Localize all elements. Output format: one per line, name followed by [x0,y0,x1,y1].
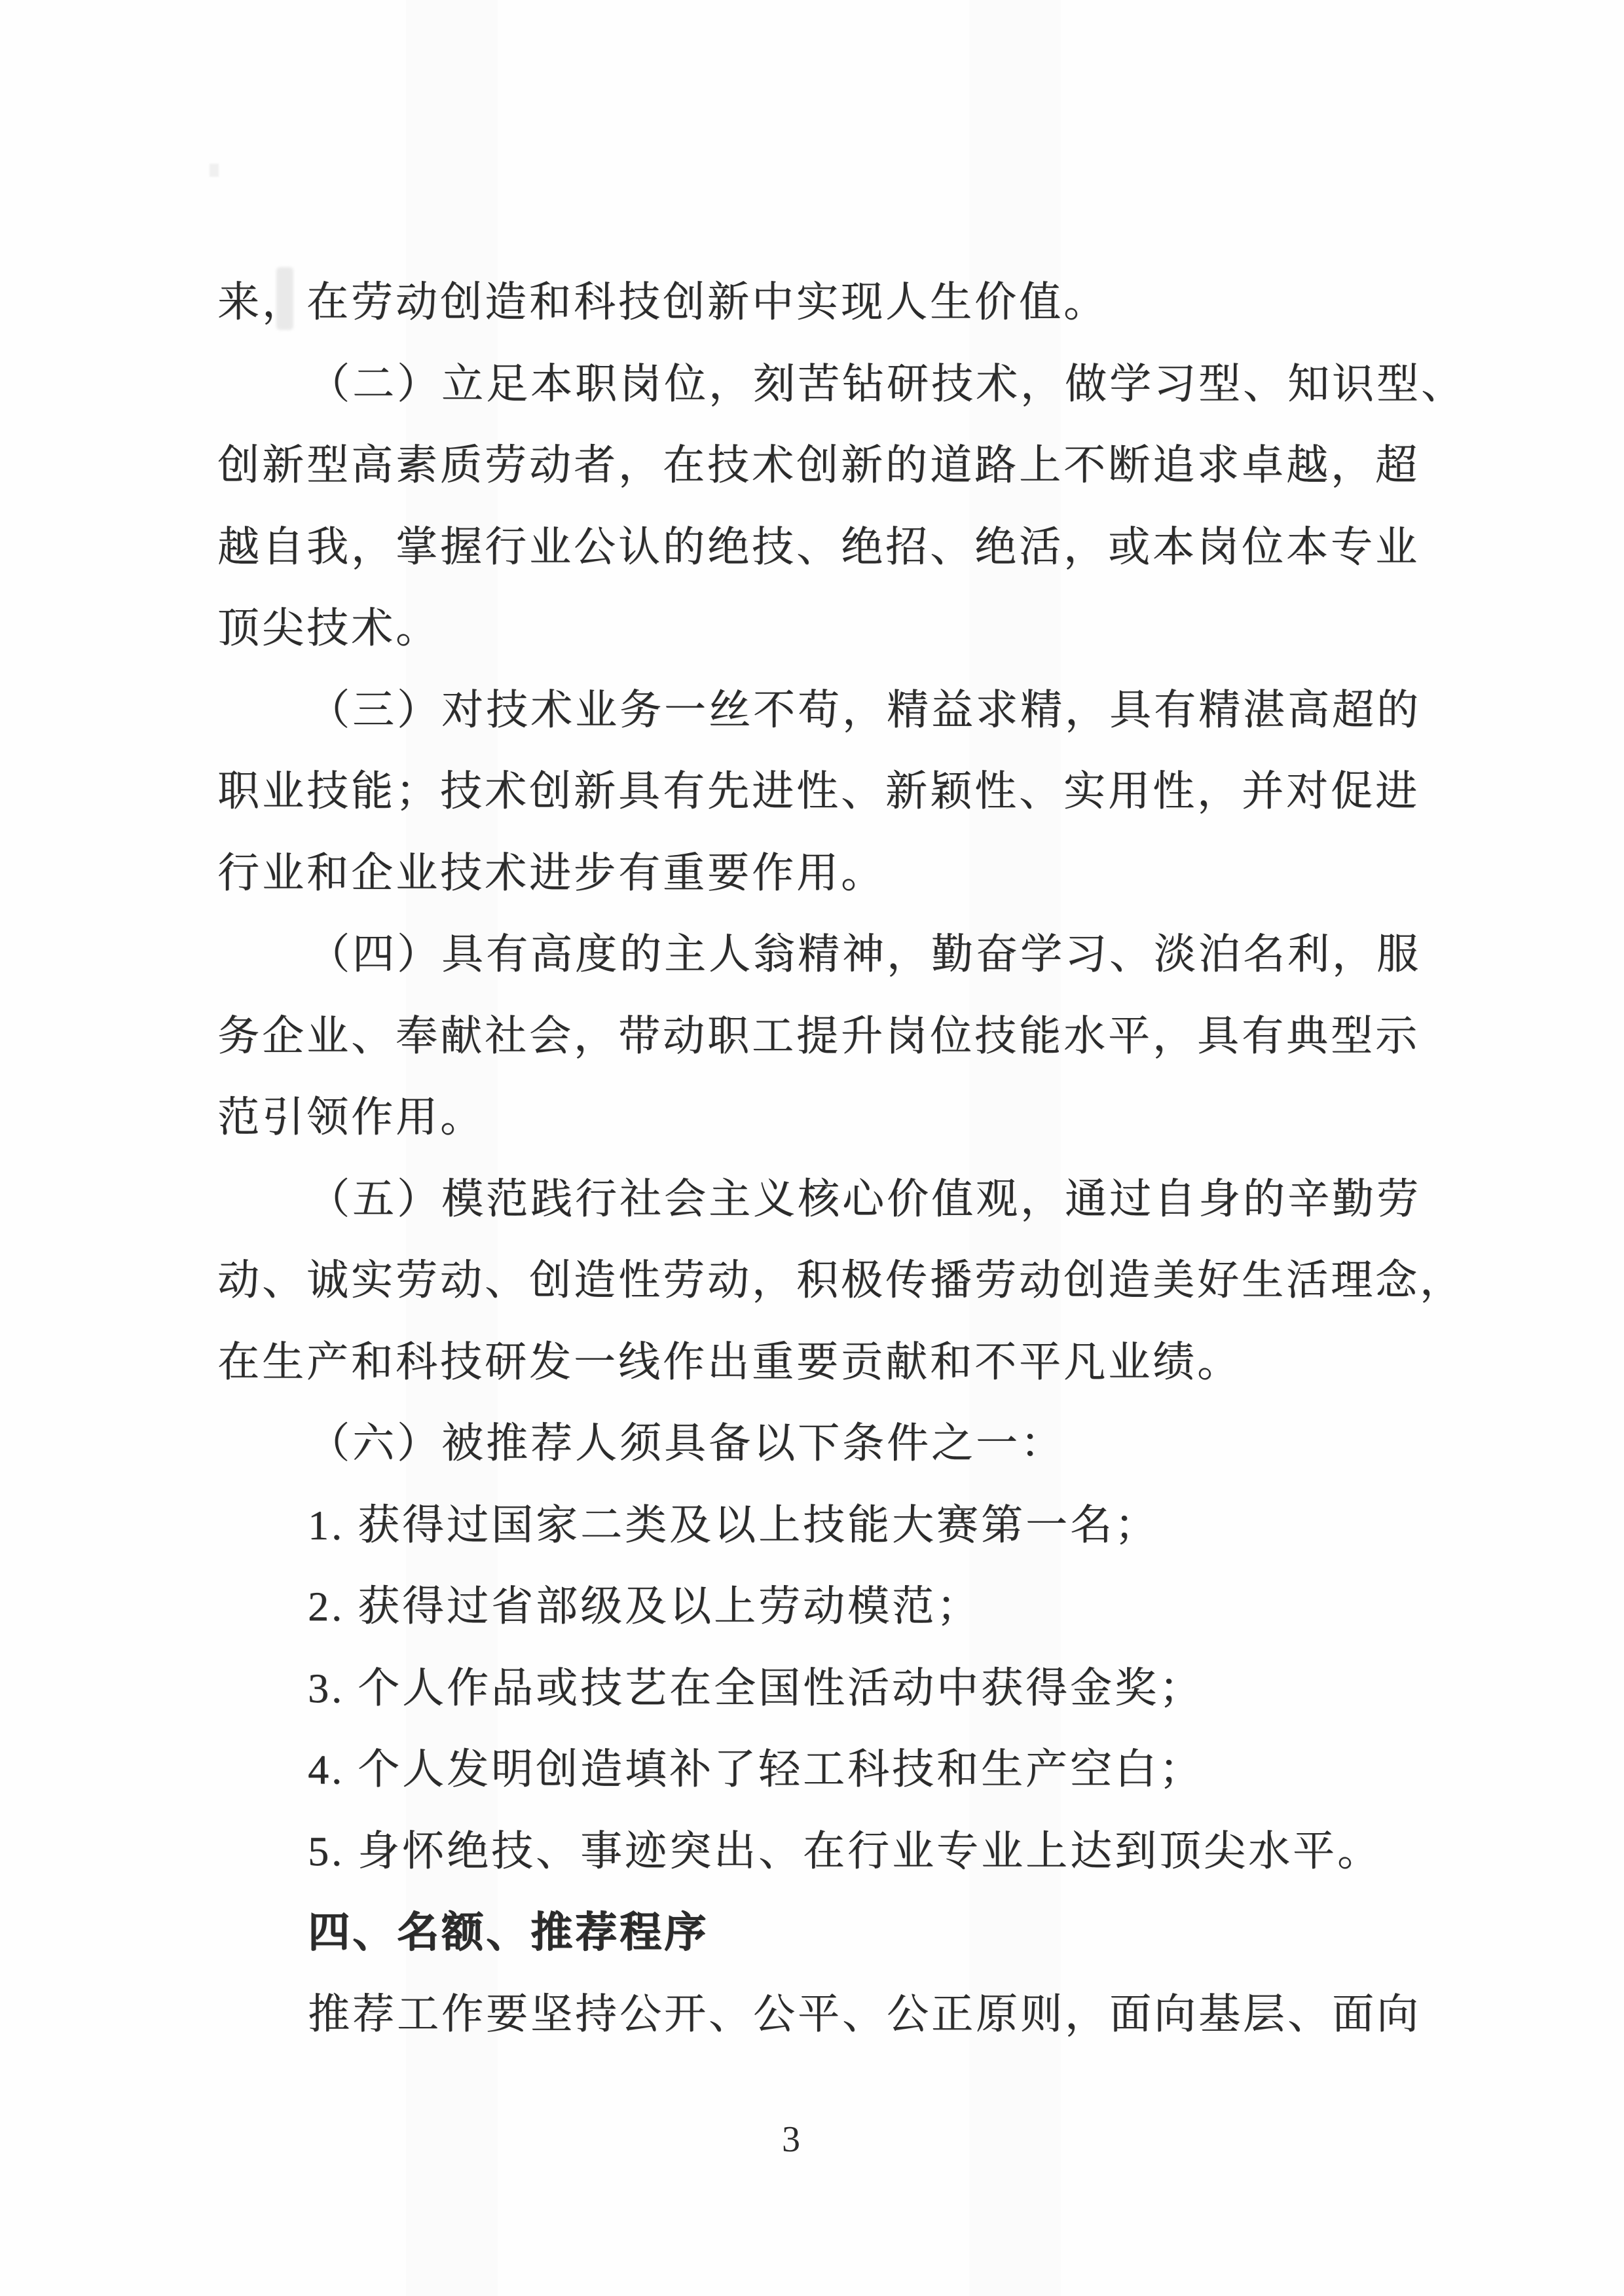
text-line: 范引领作用。 [217,1077,1454,1159]
section-heading: 四、名额、推荐程序 [217,1892,1454,1974]
text-line: 职业技能；技术创新具有先进性、新颖性、实用性，并对促进 [217,751,1454,833]
text-line: 越自我，掌握行业公认的绝技、绝招、绝活，或本岗位本专业 [217,507,1454,589]
text-line: （五）模范践行社会主义核心价值观，通过自身的辛勤劳 [217,1159,1454,1241]
text-line: 在生产和科技研发一线作出重要贡献和不平凡业绩。 [217,1322,1454,1404]
text-line: 创新型高素质劳动者，在技术创新的道路上不断追求卓越，超 [217,425,1454,507]
text-line: 行业和企业技术进步有重要作用。 [217,833,1454,915]
scan-smudge [210,164,219,177]
text-line: 来，在劳动创造和科技创新中实现人生价值。 [217,262,1454,344]
text-line: （二）立足本职岗位，刻苦钻研技术，做学习型、知识型、 [217,344,1454,426]
text-line: （三）对技术业务一丝不苟，精益求精，具有精湛高超的 [217,670,1454,752]
page-number: 3 [765,2109,817,2170]
text-line: 动、诚实劳动、创造性劳动，积极传播劳动创造美好生活理念， [217,1240,1454,1322]
document-body: 来，在劳动创造和科技创新中实现人生价值。 （二）立足本职岗位，刻苦钻研技术，做学… [217,262,1454,2055]
list-item: 5. 身怀绝技、事迹突出、在行业专业上达到顶尖水平。 [217,1811,1454,1893]
list-item: 2. 获得过省部级及以上劳动模范； [217,1566,1454,1648]
list-item: 1. 获得过国家二类及以上技能大赛第一名； [217,1485,1454,1567]
text-line: 推荐工作要坚持公开、公平、公正原则，面向基层、面向 [217,1974,1454,2056]
text-line: 顶尖技术。 [217,588,1454,670]
list-item: 4. 个人发明创造填补了轻工科技和生产空白； [217,1729,1454,1811]
text-line: （四）具有高度的主人翁精神，勤奋学习、淡泊名利，服 [217,914,1454,996]
text-line: 务企业、奉献社会，带动职工提升岗位技能水平，具有典型示 [217,996,1454,1078]
scanned-document-page: 来，在劳动创造和科技创新中实现人生价值。 （二）立足本职岗位，刻苦钻研技术，做学… [0,0,1624,2296]
text-line: （六）被推荐人须具备以下条件之一： [217,1403,1454,1485]
list-item: 3. 个人作品或技艺在全国性活动中获得金奖； [217,1648,1454,1730]
